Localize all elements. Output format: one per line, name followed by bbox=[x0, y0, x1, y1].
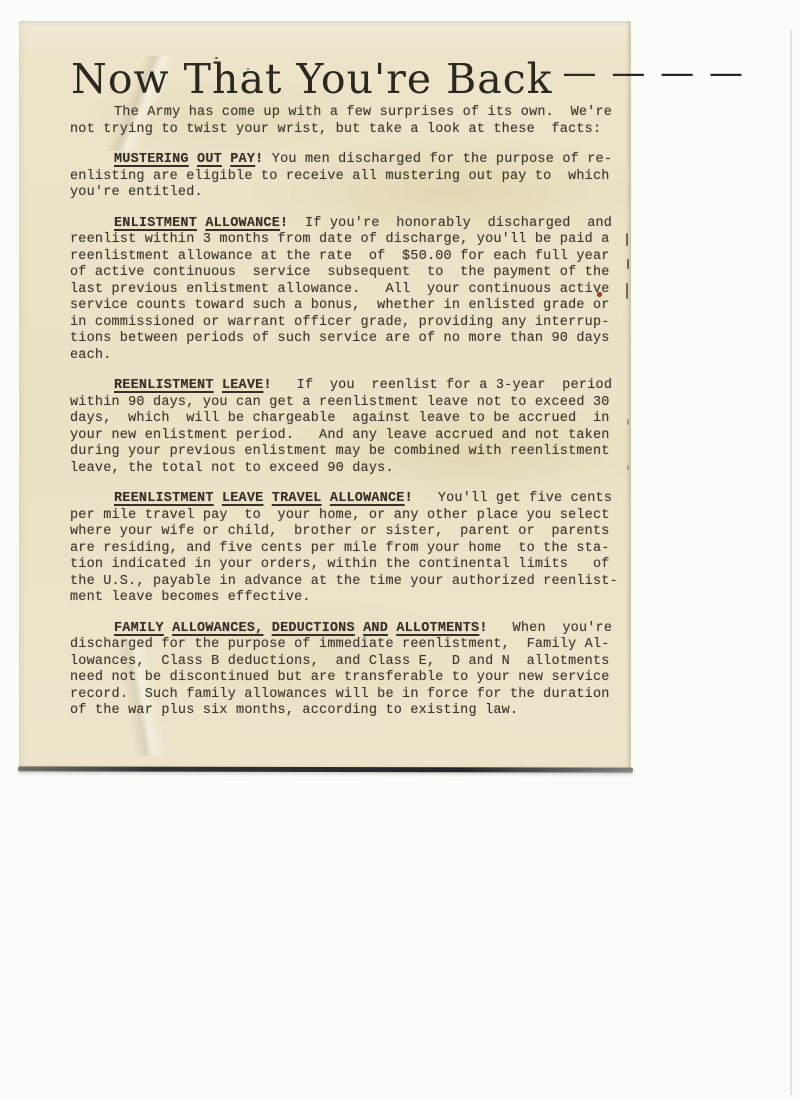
text-line: FAMILY ALLOWANCES, DEDUCTIONS AND ALLOTM… bbox=[70, 621, 630, 638]
text-line: last previous enlistment allowance. All … bbox=[70, 282, 630, 299]
right-edge-mark bbox=[626, 283, 628, 299]
text-line: your new enlistment period. And any leav… bbox=[70, 428, 630, 445]
paper-sheet: Now That You're Back— — — — The Army has… bbox=[19, 21, 631, 770]
text-line: where your wife or child, brother or sis… bbox=[70, 524, 630, 541]
scanner-edge-artifact bbox=[790, 30, 792, 1095]
text-line: lowances, Class B deductions, and Class … bbox=[70, 654, 630, 671]
intro-paragraph: The Army has come up with a few surprise… bbox=[70, 105, 630, 138]
text-line: need not be discontinued but are transfe… bbox=[70, 670, 630, 687]
text-line: reenlist within 3 months from date of di… bbox=[70, 232, 630, 249]
section-heading: REENLISTMENT LEAVE TRAVEL ALLOWANCE! bbox=[114, 491, 413, 506]
text-line: tion indicated in your orders, within th… bbox=[70, 557, 630, 574]
text-line: each. bbox=[70, 348, 630, 365]
text-line: record. Such family allowances will be i… bbox=[70, 687, 630, 704]
text-line: days, which will be chargeable against l… bbox=[70, 411, 630, 428]
text-line: within 90 days, you can get a reenlistme… bbox=[70, 395, 630, 412]
document-title: Now That You're Back— — — — bbox=[71, 55, 611, 103]
ink-speck bbox=[215, 57, 218, 59]
scanned-page: Now That You're Back— — — — The Army has… bbox=[0, 0, 800, 1100]
text-line: of active continuous service subsequent … bbox=[70, 265, 630, 282]
section-enlistment-allowance: ENLISTMENT ALLOWANCE! If you're honorabl… bbox=[70, 216, 630, 365]
ink-speck bbox=[247, 68, 249, 70]
section-heading: MUSTERING OUT PAY! bbox=[114, 152, 263, 167]
text-line: you're entitled. bbox=[70, 185, 630, 202]
section-family-allowances-deductions-allotments: FAMILY ALLOWANCES, DEDUCTIONS AND ALLOTM… bbox=[70, 621, 630, 720]
text-line: during your previous enlistment may be c… bbox=[70, 444, 630, 461]
text-line: not trying to twist your wrist, but take… bbox=[70, 122, 630, 139]
text-line: REENLISTMENT LEAVE! If you reenlist for … bbox=[70, 378, 630, 395]
text-line: ment leave becomes effective. bbox=[70, 590, 630, 607]
red-ink-dot bbox=[597, 292, 602, 297]
title-dashes: — — — — bbox=[563, 53, 745, 93]
section-lead-text: When you're bbox=[488, 621, 613, 636]
text-line: discharged for the purpose of immediate … bbox=[70, 637, 630, 654]
text-line: enlisting are eligible to receive all mu… bbox=[70, 169, 630, 186]
text-line: reenlistment allowance at the rate of $5… bbox=[70, 249, 630, 266]
text-line: MUSTERING OUT PAY! You men discharged fo… bbox=[70, 152, 630, 169]
text-line: service counts toward such a bonus, whet… bbox=[70, 298, 630, 315]
section-lead-text: You men discharged for the purpose of re… bbox=[263, 152, 612, 167]
section-reenlistment-leave: REENLISTMENT LEAVE! If you reenlist for … bbox=[70, 378, 630, 477]
text-line: REENLISTMENT LEAVE TRAVEL ALLOWANCE! You… bbox=[70, 491, 630, 508]
text-line: leave, the total not to exceed 90 days. bbox=[70, 461, 630, 478]
document-body: The Army has come up with a few surprise… bbox=[70, 105, 630, 734]
right-edge-mark bbox=[627, 465, 629, 470]
section-lead-text: If you reenlist for a 3-year period bbox=[272, 378, 612, 393]
text-line: tions between periods of such service ar… bbox=[70, 331, 630, 348]
text-line: per mile travel pay to your home, or any… bbox=[70, 508, 630, 525]
paper-bottom-edge-shadow bbox=[18, 766, 633, 772]
text-line: of the war plus six months, according to… bbox=[70, 703, 630, 720]
section-lead-text: You'll get five cents bbox=[413, 491, 612, 506]
section-heading: FAMILY ALLOWANCES, DEDUCTIONS AND ALLOTM… bbox=[114, 621, 488, 636]
text-line: the U.S., payable in advance at the time… bbox=[70, 574, 630, 591]
section-mustering-out-pay: MUSTERING OUT PAY! You men discharged fo… bbox=[70, 152, 630, 202]
right-edge-mark bbox=[626, 233, 628, 246]
right-edge-mark bbox=[627, 259, 629, 269]
text-line: in commissioned or warrant officer grade… bbox=[70, 315, 630, 332]
section-reenlistment-leave-travel-allowance: REENLISTMENT LEAVE TRAVEL ALLOWANCE! You… bbox=[70, 491, 630, 607]
section-lead-text: If you're honorably discharged and bbox=[288, 216, 612, 231]
title-text: Now That You're Back bbox=[71, 55, 553, 103]
text-line: are residing, and five cents per mile fr… bbox=[70, 541, 630, 558]
right-edge-mark bbox=[627, 419, 629, 425]
section-heading: ENLISTMENT ALLOWANCE! bbox=[114, 216, 288, 231]
text-line: The Army has come up with a few surprise… bbox=[70, 105, 630, 122]
section-heading: REENLISTMENT LEAVE! bbox=[114, 378, 272, 393]
text-line: ENLISTMENT ALLOWANCE! If you're honorabl… bbox=[70, 216, 630, 233]
